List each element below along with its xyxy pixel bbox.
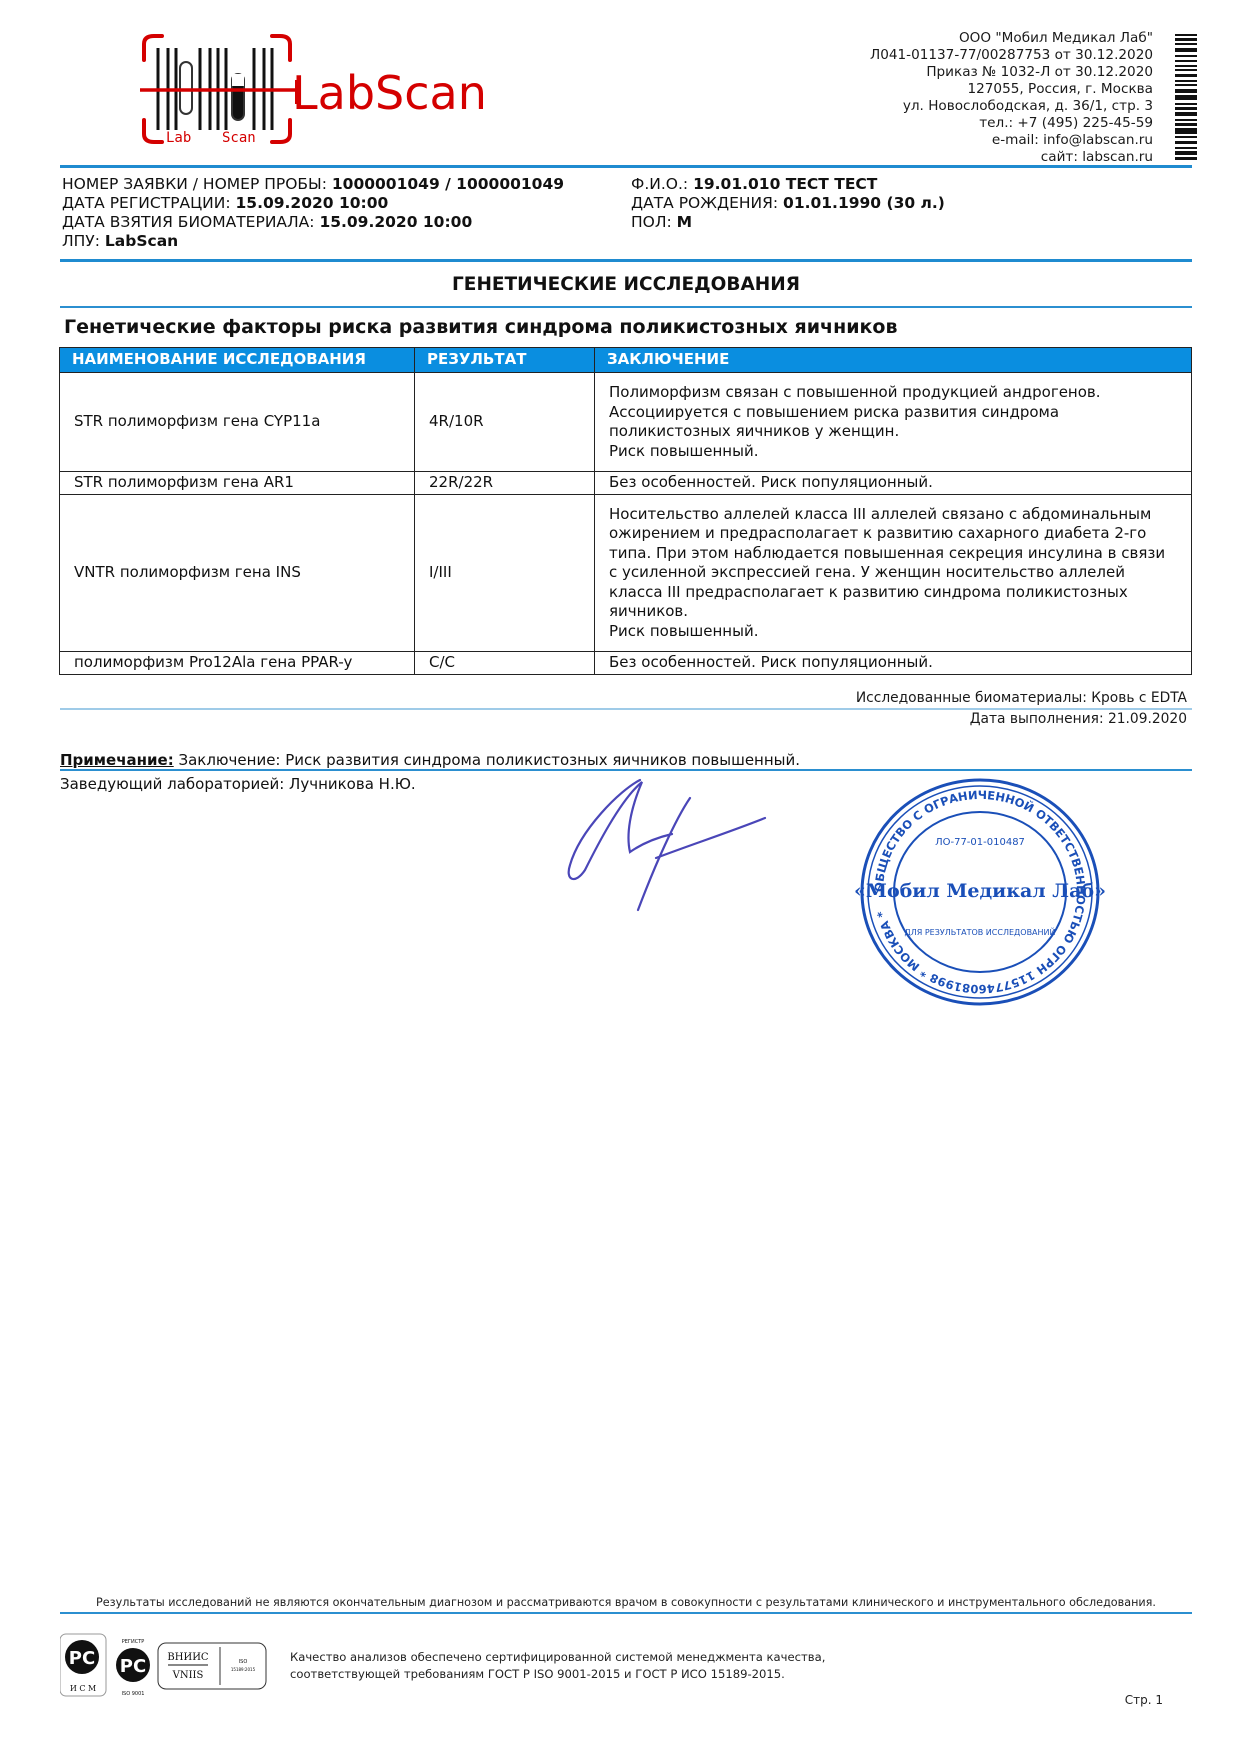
svg-text:15189:2015: 15189:2015 (231, 1667, 256, 1672)
svg-text:Scan: Scan (222, 130, 256, 146)
note-divider (60, 708, 1192, 710)
col-header-result: РЕЗУЛЬТАТ (415, 348, 595, 373)
svg-text:ISO 9001: ISO 9001 (122, 1691, 145, 1697)
test-conclusion: Полиморфизм связан с повышенной продукци… (595, 373, 1192, 472)
registration-date: ДАТА РЕГИСТРАЦИИ: 15.09.2020 10:00 (62, 194, 388, 214)
test-name: полиморфизм Pro12Ala гена PPAR-y (60, 652, 415, 675)
section-divider-top (60, 259, 1192, 262)
address-street: ул. Новослободская, д. 36/1, стр. 3 (870, 98, 1153, 115)
section-title: ГЕНЕТИЧЕСКИЕ ИССЛЕДОВАНИЯ (60, 274, 1192, 295)
table-row: STR полиморфизм гена AR1 22R/22R Без осо… (60, 472, 1192, 495)
table-row: VNTR полиморфизм гена INS I/III Носитель… (60, 494, 1192, 652)
note: Примечание: Заключение: Риск развития си… (60, 751, 800, 769)
barcode-icon (1175, 34, 1197, 160)
svg-text:ISO: ISO (239, 1659, 248, 1665)
note-label: Примечание: (60, 751, 174, 769)
svg-text:PC: PC (69, 1648, 95, 1669)
table-header-row: НАИМЕНОВАНИЕ ИССЛЕДОВАНИЯ РЕЗУЛЬТАТ ЗАКЛ… (60, 348, 1192, 373)
svg-text:РЕГИСТР: РЕГИСТР (122, 1639, 145, 1645)
company-stamp: ОБЩЕСТВО С ОГРАНИЧЕННОЙ ОТВЕТСТВЕННОСТЬЮ… (855, 775, 1105, 1010)
svg-text:ВНИИС: ВНИИС (167, 1652, 209, 1663)
note-text: Заключение: Риск развития синдрома полик… (174, 751, 800, 769)
lpu: ЛПУ: LabScan (62, 232, 178, 252)
svg-text:Lab: Lab (166, 130, 191, 146)
table-row: полиморфизм Pro12Ala гена PPAR-y C/C Без… (60, 652, 1192, 675)
company-info: ООО "Мобил Медикал Лаб" Л041-01137-77/00… (870, 30, 1153, 166)
birth-date: ДАТА РОЖДЕНИЯ: 01.01.1990 (30 л.) (631, 194, 945, 214)
test-name: STR полиморфизм гена AR1 (60, 472, 415, 495)
biomaterial-note: Исследованные биоматериалы: Кровь с EDTA (856, 690, 1187, 706)
sample-date: ДАТА ВЗЯТИЯ БИОМАТЕРИАЛА: 15.09.2020 10:… (62, 213, 472, 233)
sex: ПОЛ: М (631, 213, 692, 233)
svg-text:И С М: И С М (70, 1684, 96, 1693)
section-divider-bottom (60, 306, 1192, 308)
logo-wordmark: LabScan (292, 66, 487, 120)
svg-text:ДЛЯ РЕЗУЛЬТАТОВ ИССЛЕДОВАНИЙ: ДЛЯ РЕЗУЛЬТАТОВ ИССЛЕДОВАНИЙ (904, 926, 1055, 937)
disclaimer: Результаты исследований не являются окон… (60, 1596, 1192, 1609)
company-name: ООО "Мобил Медикал Лаб" (870, 30, 1153, 47)
svg-text:VNIIS: VNIIS (172, 1670, 204, 1681)
subsection-title: Генетические факторы риска развития синд… (64, 316, 898, 338)
test-result: 22R/22R (415, 472, 595, 495)
test-result: C/C (415, 652, 595, 675)
test-conclusion: Носительство аллелей класса III аллелей … (595, 494, 1192, 652)
results-table: НАИМЕНОВАНИЕ ИССЛЕДОВАНИЯ РЕЗУЛЬТАТ ЗАКЛ… (59, 347, 1192, 675)
footer-divider (60, 1612, 1192, 1614)
test-name: VNTR полиморфизм гена INS (60, 494, 415, 652)
completion-date: Дата выполнения: 21.09.2020 (970, 711, 1187, 727)
col-header-conclusion: ЗАКЛЮЧЕНИЕ (595, 348, 1192, 373)
order-number: НОМЕР ЗАЯВКИ / НОМЕР ПРОБЫ: 1000001049 /… (62, 175, 564, 195)
page-number: Стр. 1 (1125, 1693, 1163, 1707)
header-divider (60, 165, 1192, 168)
email: e-mail: info@labscan.ru (870, 132, 1153, 149)
test-name: STR полиморфизм гена CYP11a (60, 373, 415, 472)
signature (560, 770, 790, 920)
svg-text:PC: PC (120, 1656, 146, 1677)
col-header-test: НАИМЕНОВАНИЕ ИССЛЕДОВАНИЯ (60, 348, 415, 373)
test-result: I/III (415, 494, 595, 652)
svg-text:«Мобил Медикал Лаб»: «Мобил Медикал Лаб» (855, 880, 1105, 902)
license-line: Л041-01137-77/00287753 от 30.12.2020 (870, 47, 1153, 64)
test-conclusion: Без особенностей. Риск популяционный. (595, 652, 1192, 675)
certification-logos: PC И С М PC РЕГИСТР ISO 9001 ВНИИС VNIIS… (60, 1633, 270, 1697)
phone: тел.: +7 (495) 225-45-59 (870, 115, 1153, 132)
address-city: 127055, Россия, г. Москва (870, 81, 1153, 98)
website: сайт: labscan.ru (870, 149, 1153, 166)
quality-statement: Качество анализов обеспечено сертифициро… (290, 1649, 825, 1683)
table-row: STR полиморфизм гена CYP11a 4R/10R Полим… (60, 373, 1192, 472)
test-result: 4R/10R (415, 373, 595, 472)
test-conclusion: Без особенностей. Риск популяционный. (595, 472, 1192, 495)
patient-name: Ф.И.О.: 19.01.010 ТЕСТ ТЕСТ (631, 175, 877, 195)
svg-text:ЛО-77-01-010487: ЛО-77-01-010487 (935, 837, 1025, 848)
order-line: Приказ № 1032-Л от 30.12.2020 (870, 64, 1153, 81)
head-of-lab: Заведующий лабораторией: Лучникова Н.Ю. (60, 775, 416, 793)
